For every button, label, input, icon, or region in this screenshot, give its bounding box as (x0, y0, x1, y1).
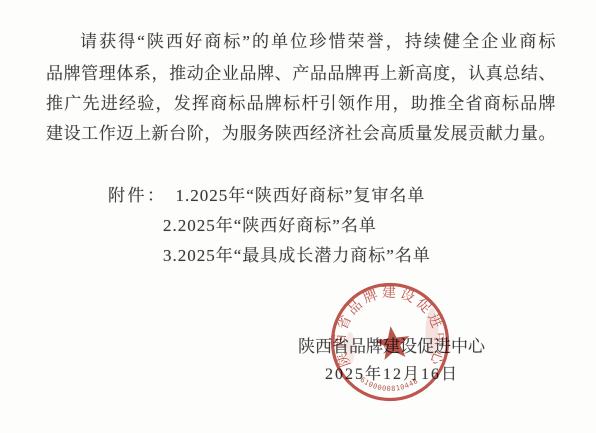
attachments-label: 附件： (108, 186, 167, 205)
attachment-item-1: 1.2025年“陕西好商标”复审名单 (176, 186, 426, 205)
attachment-item-2: 2.2025年“陕西好商标”名单 (163, 211, 377, 236)
document-page: 请获得“陕西好商标”的单位珍惜荣誉，持续健全企业商标 品牌管理体系，推动企业品牌… (0, 0, 596, 433)
signature-org: 陕西省品牌建设促进中心 (298, 332, 485, 357)
paragraph-line-2: 品牌管理体系，推动企业品牌、产品品牌再上新高度，认真总结、 (46, 63, 556, 84)
svg-text:陕西省品牌建设促进中心: 陕西省品牌建设促进中心 (332, 284, 448, 370)
attachment-item-3: 3.2025年“最具成长潜力商标”名单 (163, 241, 431, 266)
seal-arc-text: 陕西省品牌建设促进中心 (332, 284, 448, 370)
attachment-line-1: 附件：1.2025年“陕西好商标”复审名单 (108, 181, 425, 206)
paragraph-line-4: 建设工作迈上新台阶，为服务陕西经济社会高质量发展贡献力量。 (46, 123, 556, 144)
paragraph-line-3: 推广先进经验，发挥商标品牌标杆引领作用，助推全省商标品牌 (46, 93, 556, 114)
signature-date: 2025年12月16日 (325, 361, 459, 384)
paragraph-line-1: 请获得“陕西好商标”的单位珍惜荣誉，持续健全企业商标 (46, 31, 556, 52)
